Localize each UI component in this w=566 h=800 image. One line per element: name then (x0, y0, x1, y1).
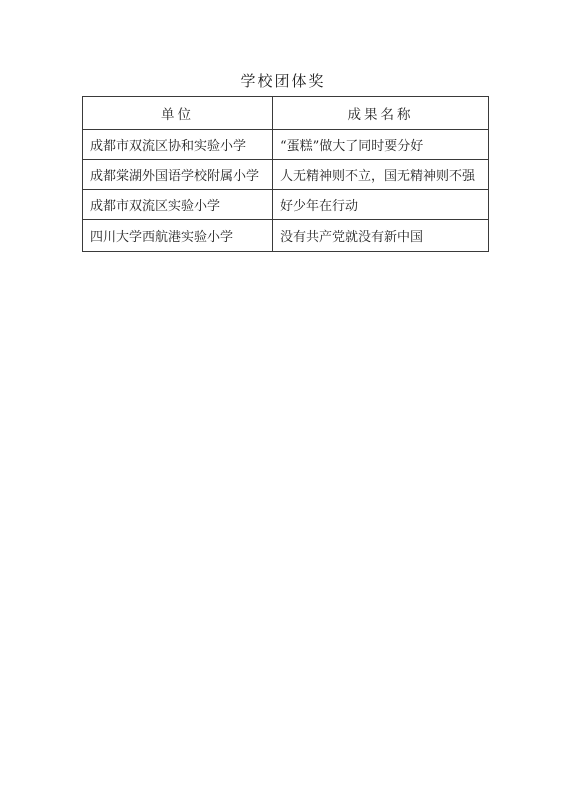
award-table: 单位 成果名称 成都市双流区协和实验小学 “蛋糕”做大了同时要分好 成都棠湖外国… (82, 96, 489, 252)
cell-unit: 四川大学西航港实验小学 (83, 220, 273, 252)
header-unit: 单位 (83, 97, 273, 130)
cell-achievement-title: 没有共产党就没有新中国 (273, 220, 489, 252)
cell-unit: 成都市双流区协和实验小学 (83, 130, 273, 160)
cell-achievement-title: 人无精神则不立，国无精神则不强 (273, 160, 489, 190)
table-header-row: 单位 成果名称 (83, 97, 489, 130)
table-row: 成都市双流区协和实验小学 “蛋糕”做大了同时要分好 (83, 130, 489, 160)
cell-unit: 成都市双流区实验小学 (83, 190, 273, 220)
table-row: 四川大学西航港实验小学 没有共产党就没有新中国 (83, 220, 489, 252)
table-row: 成都市双流区实验小学 好少年在行动 (83, 190, 489, 220)
header-achievement-title: 成果名称 (273, 97, 489, 130)
table-row: 成都棠湖外国语学校附属小学 人无精神则不立，国无精神则不强 (83, 160, 489, 190)
cell-achievement-title: “蛋糕”做大了同时要分好 (273, 130, 489, 160)
page-title: 学校团体奖 (0, 70, 566, 91)
cell-unit: 成都棠湖外国语学校附属小学 (83, 160, 273, 190)
cell-achievement-title: 好少年在行动 (273, 190, 489, 220)
